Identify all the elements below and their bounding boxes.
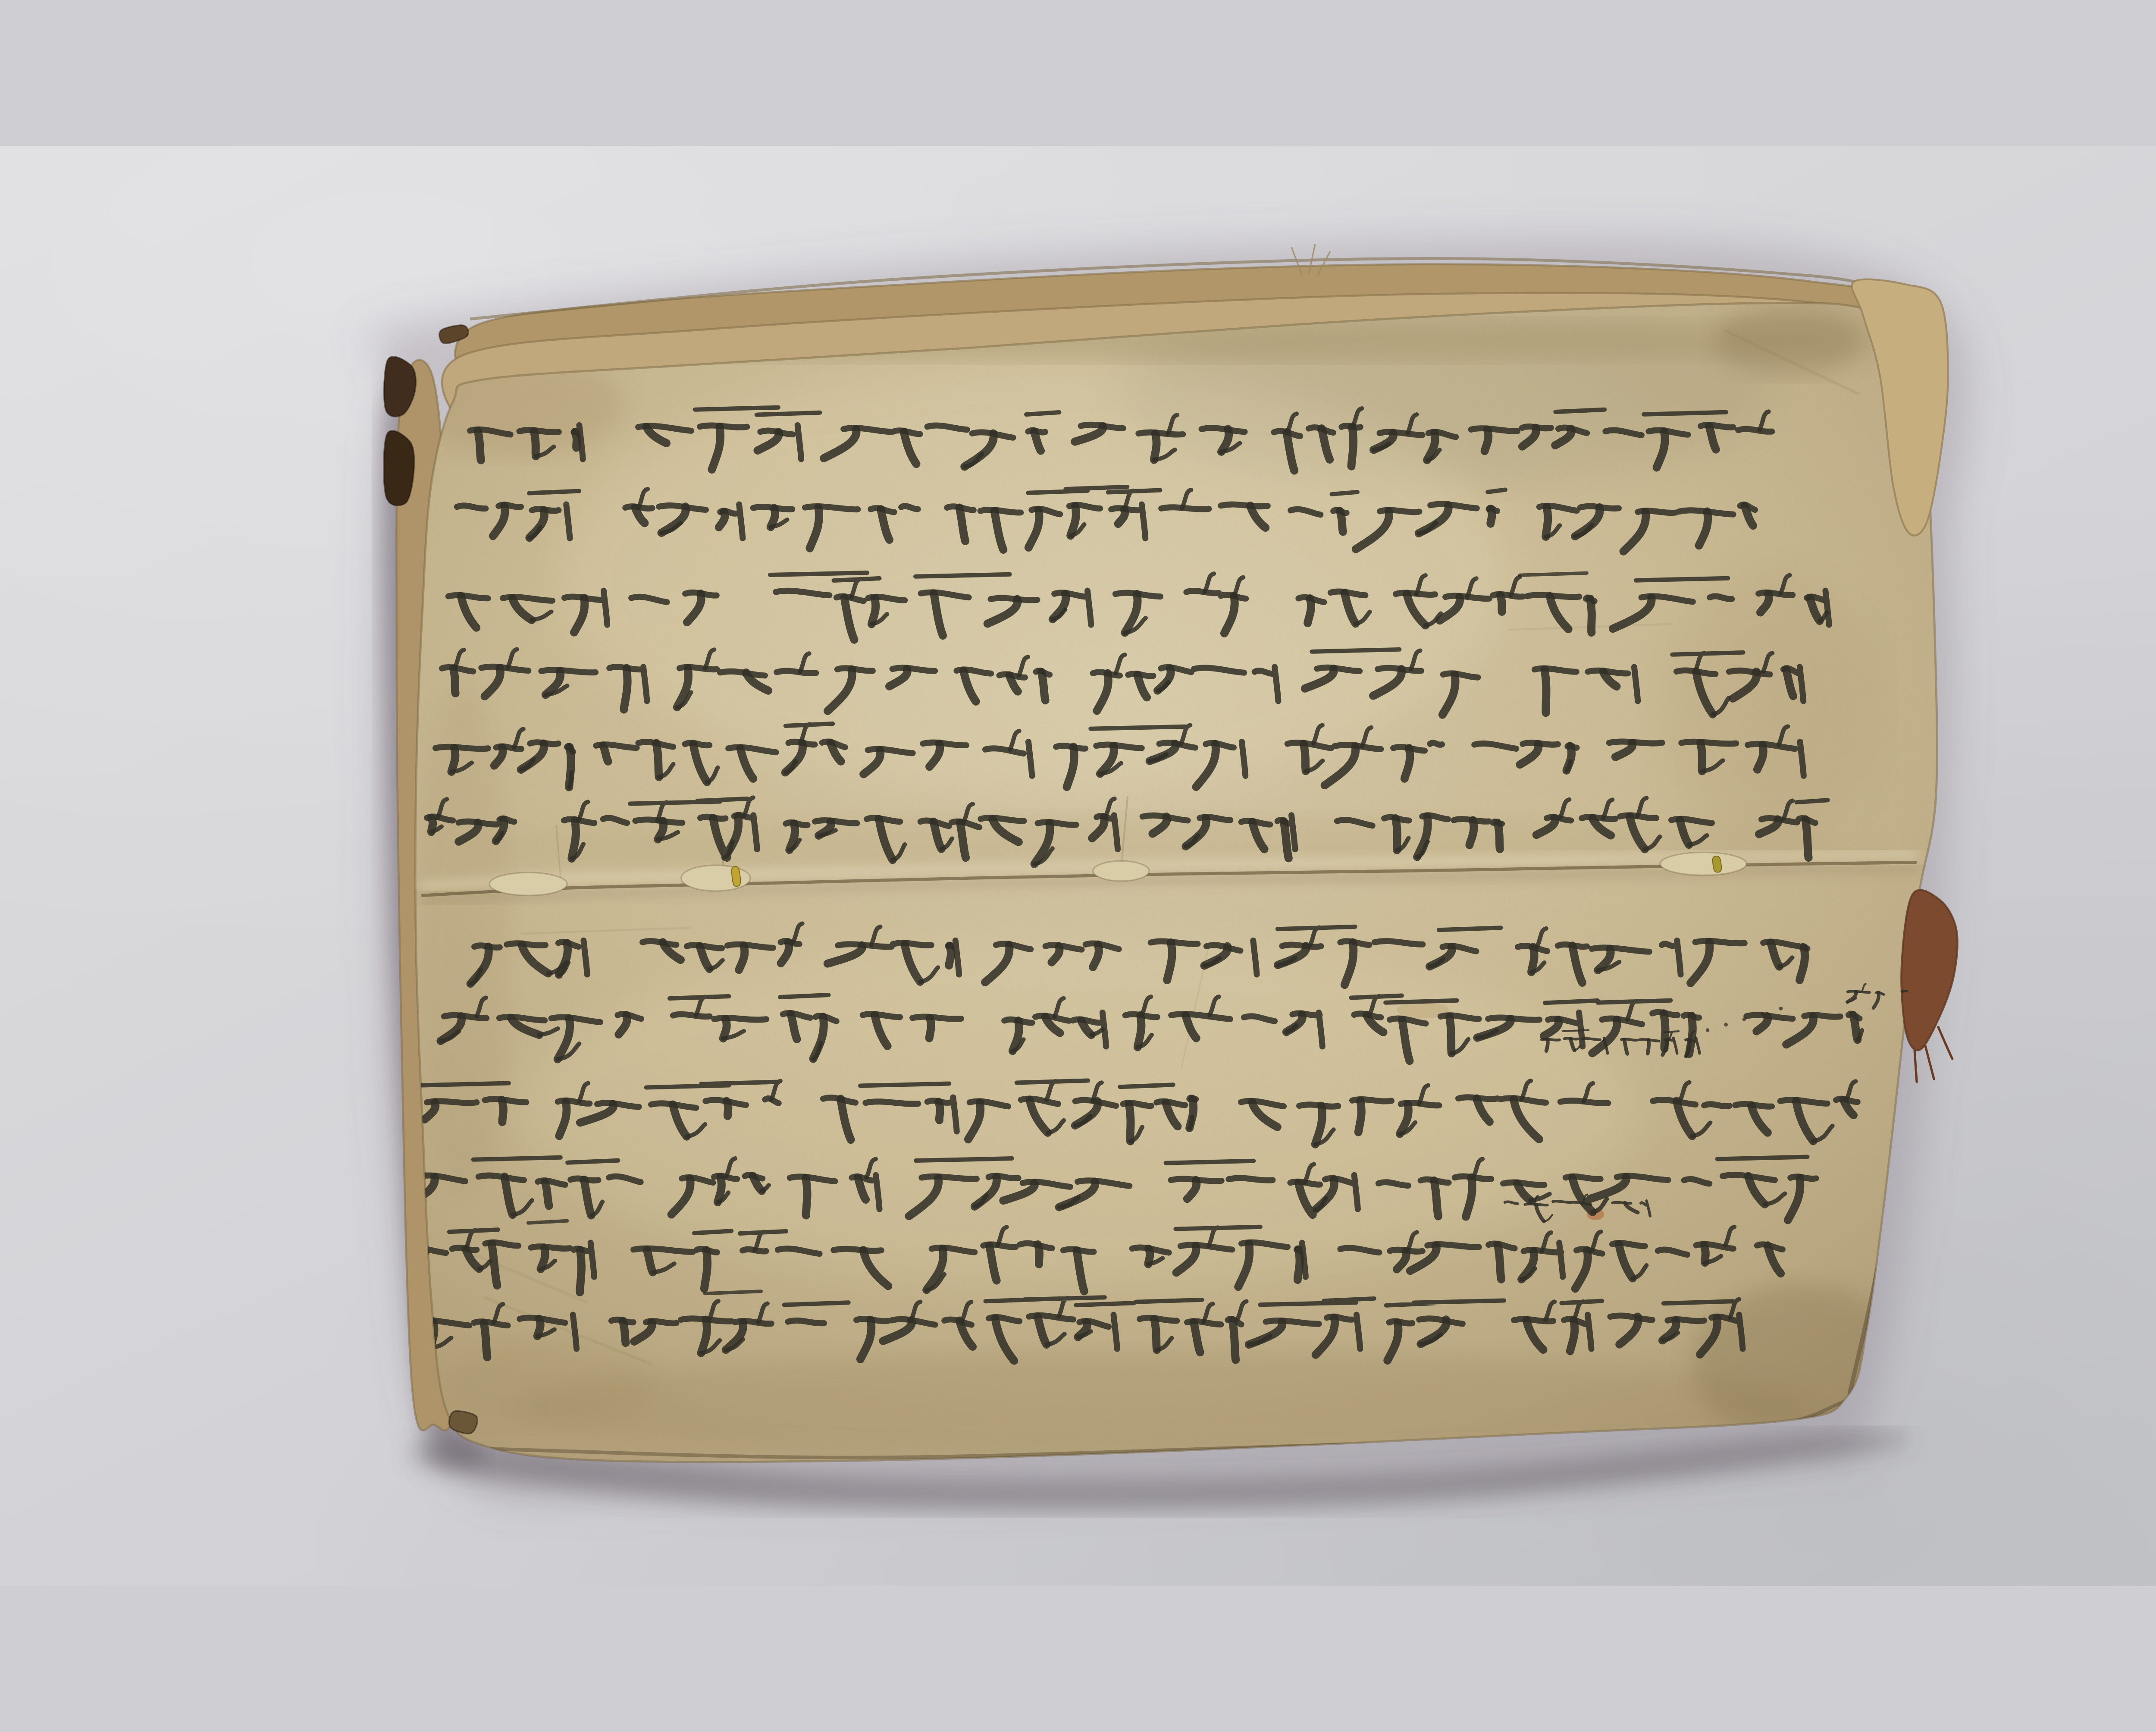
stitch-thread-2 [1713, 856, 1721, 872]
insertion-dash-1 [528, 1221, 567, 1223]
stitch-thread-1 [732, 866, 740, 886]
manuscript-scene [0, 146, 2156, 1586]
insertion-dot [1706, 1028, 1710, 1032]
insertion-dot [1761, 1012, 1764, 1016]
insertion-dash-3 [1520, 573, 1587, 575]
insertion-dot [1724, 1023, 1728, 1027]
insertion-dot [1742, 1017, 1746, 1021]
cloth-tab-right [1901, 890, 1957, 1051]
insertion-dot [1779, 1007, 1783, 1010]
binding-remnant-4 [449, 1411, 478, 1434]
insertion-dash-2 [705, 1291, 761, 1293]
manuscript-photo [0, 146, 2156, 1586]
binding-remnant-2 [384, 431, 414, 505]
